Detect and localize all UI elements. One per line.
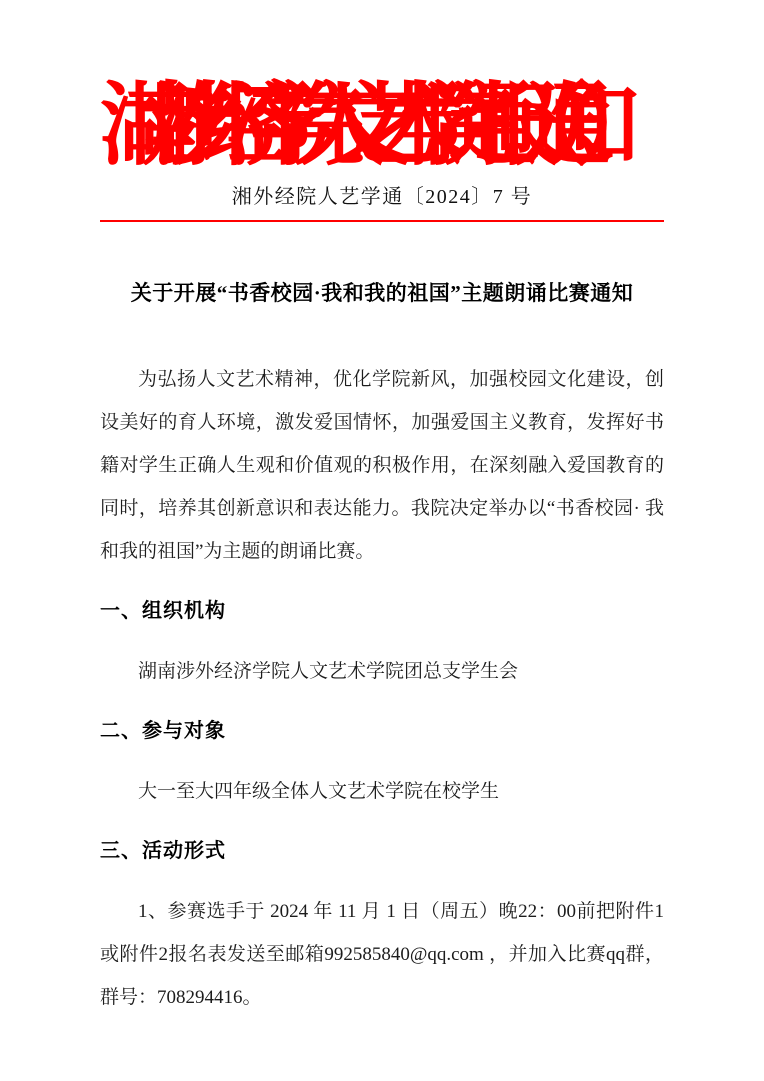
document-page: 湖南涉外经济学院人文艺术学院通报（通知） 湘外经院人艺学通〔2024〕7 号 关… — [0, 0, 764, 1081]
section-organization-content: 湖南涉外经济学院人文艺术学院团总支学生会 — [100, 650, 664, 693]
section-activity-format-heading: 三、活动形式 — [100, 830, 664, 873]
section-organization: 一、组织机构 湖南涉外经济学院人文艺术学院团总支学生会 — [100, 590, 664, 693]
section-participants-heading: 二、参与对象 — [100, 710, 664, 753]
document-title-banner: 湖南涉外经济学院人文艺术学院通报（通知） — [100, 70, 664, 170]
section-organization-heading: 一、组织机构 — [100, 590, 664, 633]
red-divider-line — [100, 220, 664, 222]
notice-intro-paragraph: 为弘扬人文艺术精神，优化学院新风，加强校园文化建设，创设美好的育人环境，激发爱国… — [100, 358, 664, 573]
notice-heading: 关于开展“书香校园·我和我的祖国”主题朗诵比赛通知 — [100, 272, 664, 315]
section-participants-content: 大一至大四年级全体人文艺术学院在校学生 — [100, 770, 664, 813]
section-activity-format: 三、活动形式 1、参赛选手于 2024 年 11 月 1 日（周五）晚22：00… — [100, 830, 664, 1019]
document-title: 湖南涉外经济学院人文艺术学院通报（通知） — [100, 77, 664, 170]
section-participants: 二、参与对象 大一至大四年级全体人文艺术学院在校学生 — [100, 710, 664, 813]
section-activity-format-content: 1、参赛选手于 2024 年 11 月 1 日（周五）晚22：00前把附件1或附… — [100, 890, 664, 1019]
document-content: 湖南涉外经济学院人文艺术学院通报（通知） 湘外经院人艺学通〔2024〕7 号 关… — [0, 0, 764, 1019]
document-number: 湘外经院人艺学通〔2024〕7 号 — [100, 183, 664, 211]
